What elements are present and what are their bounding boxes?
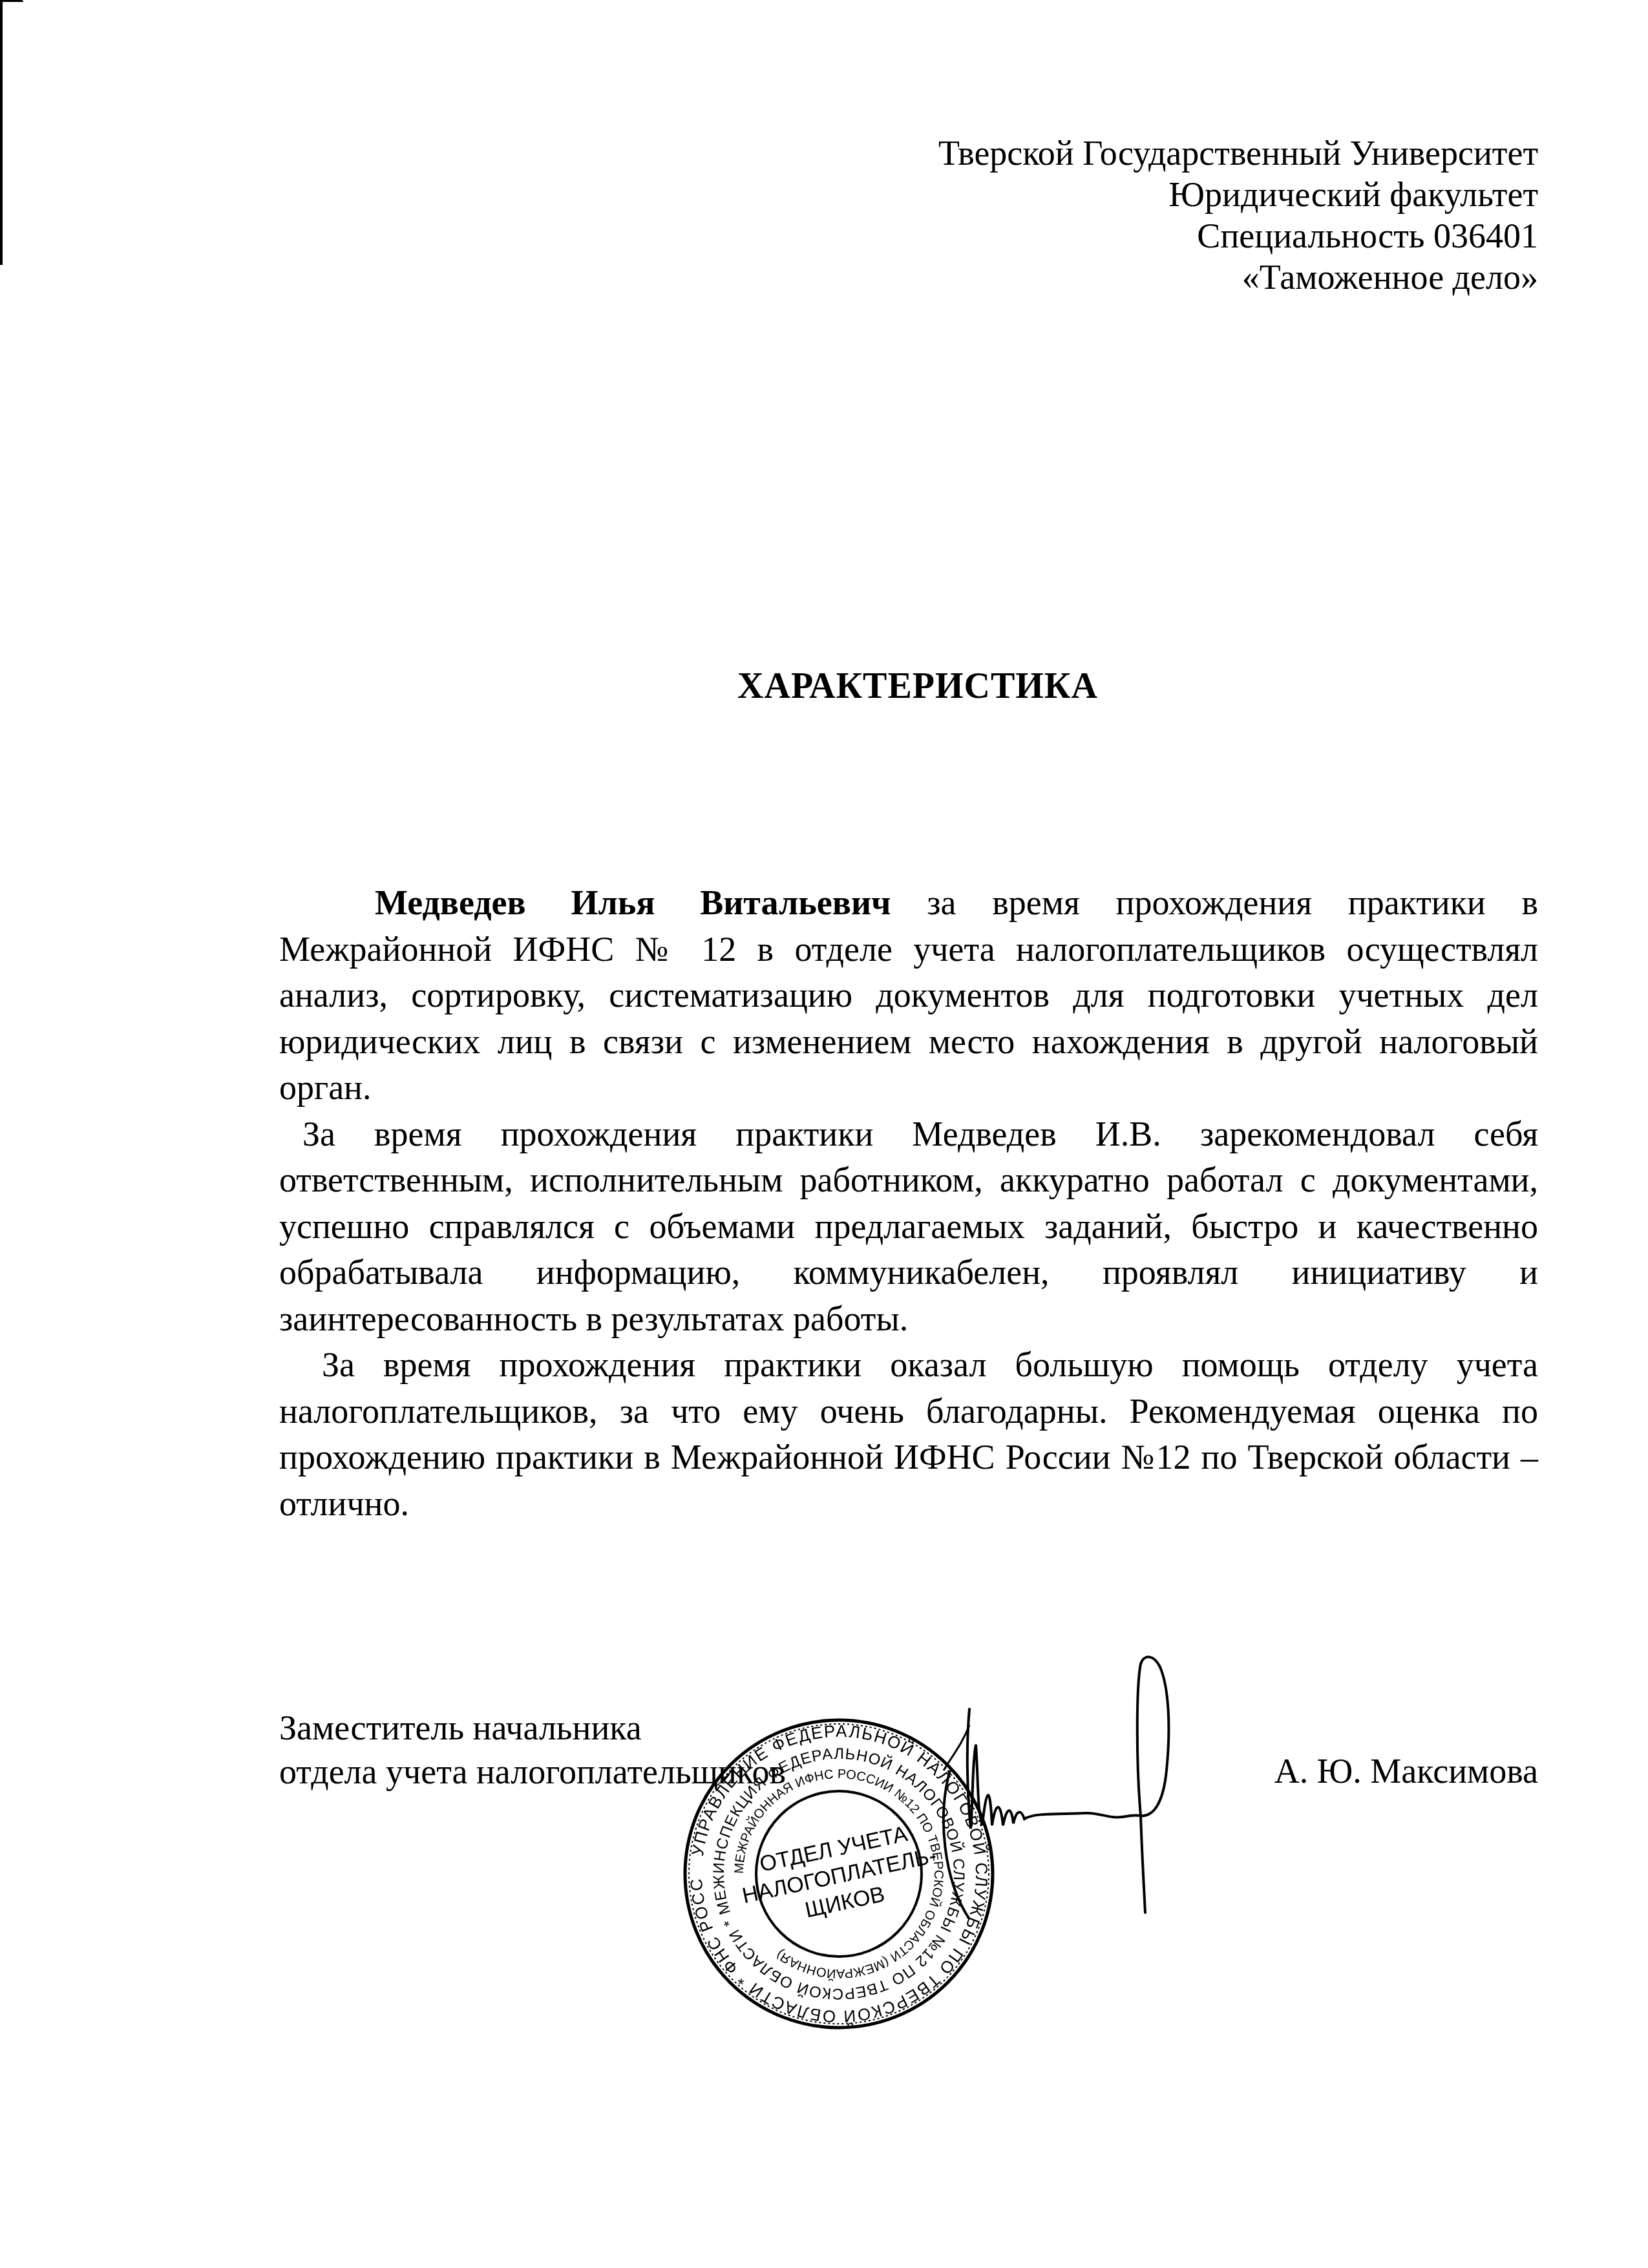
student-name: Медведев Илья Витальевич xyxy=(375,883,891,922)
document-page: Тверской Государственный Университет Юри… xyxy=(0,0,1648,2268)
handwritten-signature-icon xyxy=(931,1648,1267,1919)
addressee-block: Тверской Государственный Университет Юри… xyxy=(763,132,1538,298)
header-line-specialty-name: «Таможенное дело» xyxy=(763,257,1538,298)
header-line-university: Тверской Государственный Университет xyxy=(763,132,1538,174)
document-title: ХАРАКТЕРИСТИКА xyxy=(0,666,1648,707)
document-body: Медведев Илья Витальевич за время прохож… xyxy=(279,880,1538,1527)
header-line-specialty: Специальность 036401 xyxy=(763,215,1538,257)
paragraph-3: За время прохождения практики оказал бол… xyxy=(279,1342,1538,1527)
scan-edge-artifact xyxy=(0,0,3,265)
signer-name: А. Ю. Максимова xyxy=(1274,1749,1538,1793)
paragraph-1: Медведев Илья Витальевич за время прохож… xyxy=(279,880,1538,1111)
header-line-faculty: Юридический факультет xyxy=(763,174,1538,215)
paragraph-2: За время прохождения практики Медведев И… xyxy=(279,1111,1538,1343)
